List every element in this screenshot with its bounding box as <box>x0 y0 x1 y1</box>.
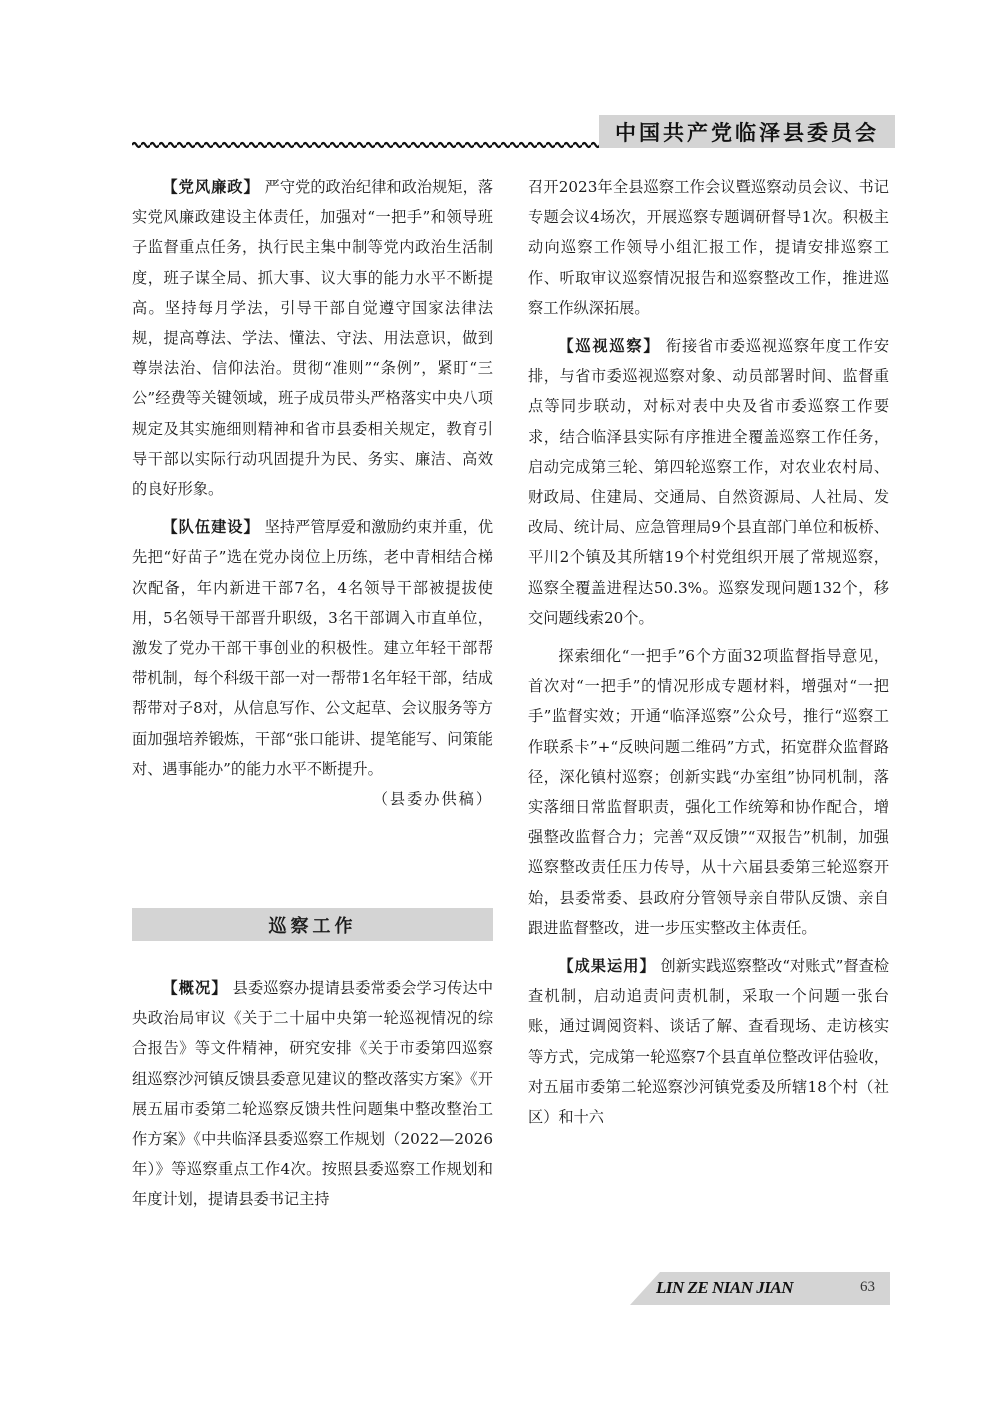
paragraph-lead: 【巡视巡察】 <box>558 337 660 355</box>
paragraph-text: 坚持严管厚爱和激励约束并重，优先把“好苗子”选在党办岗位上历练，老中青相结合梯次… <box>132 518 493 778</box>
paragraph-lead: 【党风廉政】 <box>162 178 259 196</box>
page-footer: LIN ZE NIAN JIAN 63 <box>630 1272 890 1305</box>
section-title: 巡察工作 <box>269 912 357 938</box>
paragraph-lead: 【概况】 <box>162 979 227 997</box>
page-number: 63 <box>860 1279 875 1296</box>
footer-brand: LIN ZE NIAN JIAN <box>656 1278 793 1298</box>
paragraph-team-building: 【队伍建设】 坚持严管厚爱和激励约束并重，优先把“好苗子”选在党办岗位上历练，老… <box>132 512 493 784</box>
paragraph-text: 探索细化“一把手”6个方面32项监督指导意见，首次对“一把手”的情况形成专题材料… <box>528 647 889 937</box>
source-credit: （县委办供稿） <box>132 784 493 814</box>
paragraph-text: 县委巡察办提请县委常委会学习传达中央政治局审议《关于二十届中央第一轮巡视情况的综… <box>132 979 493 1208</box>
paragraph-lead: 【成果运用】 <box>558 957 655 975</box>
paragraph-party-integrity: 【党风廉政】 严守党的政治纪律和政治规矩，落实党风廉政建设主体责任，加强对“一把… <box>132 172 493 504</box>
paragraph-overview: 【概况】 县委巡察办提请县委常委会学习传达中央政治局审议《关于二十届中央第一轮巡… <box>132 973 493 1215</box>
right-column: 召开2023年全县巡察工作会议暨巡察动员会议、书记专题会议4场次，开展巡察专题调… <box>528 172 889 1132</box>
paragraph-lead: 【队伍建设】 <box>162 518 259 536</box>
left-column: 【党风廉政】 严守党的政治纪律和政治规矩，落实党风廉政建设主体责任，加强对“一把… <box>132 172 493 814</box>
paragraph-results-application: 【成果运用】 创新实践巡察整改“对账式”督查检查机制，启动追责问责机制，采取一个… <box>528 951 889 1132</box>
paragraph-text: 创新实践巡察整改“对账式”督查检查机制，启动追责问责机制，采取一个问题一张台账，… <box>528 957 889 1126</box>
running-header: 中国共产党临泽县委员会 <box>599 115 895 148</box>
section-heading: 巡察工作 <box>132 908 493 941</box>
header-title: 中国共产党临泽县委员会 <box>615 117 879 147</box>
paragraph-exploration: 探索细化“一把手”6个方面32项监督指导意见，首次对“一把手”的情况形成专题材料… <box>528 641 889 943</box>
paragraph-inspection-tours: 【巡视巡察】 衔接省市委巡视巡察年度工作安排，与省市委巡视巡察对象、动员部署时间… <box>528 331 889 633</box>
wavy-header-rule <box>132 139 600 149</box>
left-column-lower: 【概况】 县委巡察办提请县委常委会学习传达中央政治局审议《关于二十届中央第一轮巡… <box>132 973 493 1215</box>
paragraph-text: 衔接省市委巡视巡察年度工作安排，与省市委巡视巡察对象、动员部署时间、监督重点等同… <box>528 337 889 627</box>
paragraph-text: 严守党的政治纪律和政治规矩，落实党风廉政建设主体责任，加强对“一把手”和领导班子… <box>132 178 493 498</box>
paragraph-continuation: 召开2023年全县巡察工作会议暨巡察动员会议、书记专题会议4场次，开展巡察专题调… <box>528 172 889 323</box>
